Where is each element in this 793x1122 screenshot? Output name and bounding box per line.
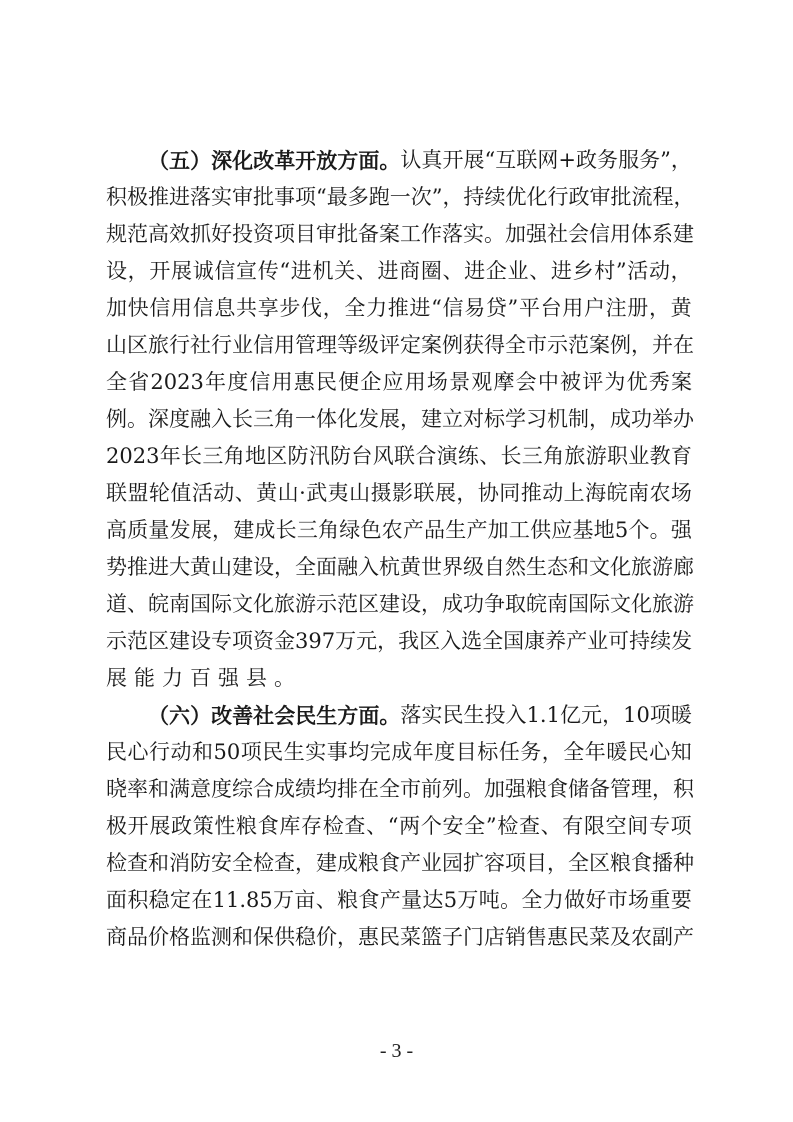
- text-line: 例。深度融入长三角一体化发展，建立对标学习机制，成功举办: [106, 401, 692, 438]
- text-line: 设，开展诚信宣传“进机关、进商圈、进企业、进乡村”活动，: [106, 253, 692, 290]
- text-line: 山区旅行社行业信用管理等级评定案例获得全市示范案例，并在: [106, 327, 692, 364]
- text-line: 面积稳定在11.85万亩、粮食产量达5万吨。全力做好市场重要: [106, 882, 692, 919]
- text-line: 民心行动和50项民生实事均完成年度目标任务，全年暖民心知: [106, 734, 692, 771]
- text-line: 示范区建设专项资金397万元，我区入选全国康养产业可持续发: [106, 623, 692, 660]
- paragraph-section-6: （六）改善社会民生方面。落实民生投入1.1亿元，10项暖民心行动和50项民生实事…: [106, 697, 692, 956]
- text-line: 积极推进落实审批事项“最多跑一次”，持续优化行政审批流程，: [106, 179, 692, 216]
- text-line: （五）深化改革开放方面。认真开展“互联网+政务服务”，: [106, 142, 692, 179]
- text-line: 2023年长三角地区防汛防台风联合演练、长三角旅游职业教育: [106, 438, 692, 475]
- paragraph-section-5: （五）深化改革开放方面。认真开展“互联网+政务服务”，积极推进落实审批事项“最多…: [106, 142, 692, 697]
- text-line: 展能力百强县。: [106, 660, 692, 697]
- text-line: 势推进大黄山建设，全面融入杭黄世界级自然生态和文化旅游廊: [106, 549, 692, 586]
- text-line: 加快信用信息共享步伐，全力推进“信易贷”平台用户注册，黄: [106, 290, 692, 327]
- text-line: 检查和消防安全检查，建成粮食产业园扩容项目，全区粮食播种: [106, 845, 692, 882]
- text-line: 商品价格监测和保供稳价，惠民菜篮子门店销售惠民菜及农副产: [106, 919, 692, 956]
- text-line: 全省2023年度信用惠民便企应用场景观摩会中被评为优秀案: [106, 364, 692, 401]
- text-line: 极开展政策性粮食库存检查、“两个安全”检查、有限空间专项: [106, 808, 692, 845]
- document-page: （五）深化改革开放方面。认真开展“互联网+政务服务”，积极推进落实审批事项“最多…: [0, 0, 793, 1122]
- document-body: （五）深化改革开放方面。认真开展“互联网+政务服务”，积极推进落实审批事项“最多…: [106, 142, 692, 956]
- text-line: 高质量发展，建成长三角绿色农产品生产加工供应基地5个。强: [106, 512, 692, 549]
- text-line: 道、皖南国际文化旅游示范区建设，成功争取皖南国际文化旅游: [106, 586, 692, 623]
- text-line: 晓率和满意度综合成绩均排在全市前列。加强粮食储备管理，积: [106, 771, 692, 808]
- text-line: 联盟轮值活动、黄山·武夷山摄影联展，协同推动上海皖南农场: [106, 475, 692, 512]
- page-number: - 3 -: [0, 1040, 793, 1063]
- text-line: （六）改善社会民生方面。落实民生投入1.1亿元，10项暖: [106, 697, 692, 734]
- text-line: 规范高效抓好投资项目审批备案工作落实。加强社会信用体系建: [106, 216, 692, 253]
